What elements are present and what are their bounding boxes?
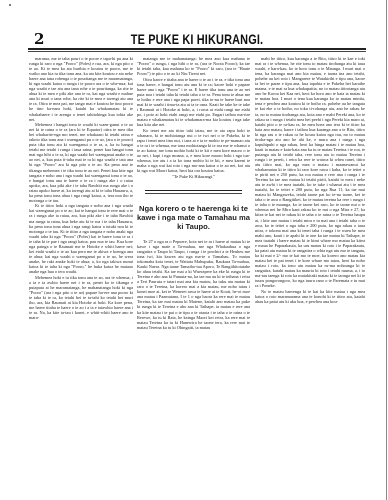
paragraph: Te 27 o nga ra o Pepuere, koia nei te ra… bbox=[137, 239, 250, 330]
scan-speck bbox=[9, 4, 11, 6]
article-separator-rule bbox=[145, 190, 242, 194]
column-3: mahi he titiro, kua karanga a te Rito, t… bbox=[255, 56, 365, 304]
paragraph: Mehemea i hangai tonu te waahi ki waen-g… bbox=[29, 122, 133, 203]
masthead-rule-thick bbox=[28, 48, 366, 50]
article-headline: Nga korero o te haerenga ki te kawe i ng… bbox=[137, 204, 250, 232]
paragraph: No te matau haerenga ki te kai ka kite m… bbox=[255, 289, 365, 304]
masthead: 2 TE PUKE KI HIKURANGI. bbox=[28, 28, 366, 48]
newspaper-title: TE PUKE KI HIKURANGI. bbox=[65, 31, 329, 47]
page-edge-line bbox=[386, 0, 387, 500]
page-number: 2 bbox=[34, 30, 44, 48]
editorial-signature: "Te Puke Ki Hikurangi." bbox=[137, 174, 250, 179]
paragraph: Mehemea hoki e tu tika tonu ana te ao, a… bbox=[29, 275, 133, 320]
masthead-rule-thin bbox=[28, 51, 366, 52]
paragraph: mahi he titiro, kua karanga a te Rito, t… bbox=[255, 56, 365, 288]
paragraph: Ko tenei me ata titiro tahi tatau, me te… bbox=[137, 128, 250, 173]
paragraph: Ki te titiro hoki a nga tangata e noho a… bbox=[29, 203, 133, 274]
paragraph: matanga me te mahanatanga; he mea ano ku… bbox=[137, 56, 250, 76]
column-2: matanga me te mahanatanga; he mea ano ku… bbox=[137, 56, 250, 330]
paragraph: marama, me te taha pouri o te poore e ta… bbox=[29, 56, 133, 122]
paragraph: Otira kaore e titaha ana te haere o te a… bbox=[137, 77, 250, 127]
column-1: marama, me te taha pouri o te poore e ta… bbox=[29, 56, 133, 320]
